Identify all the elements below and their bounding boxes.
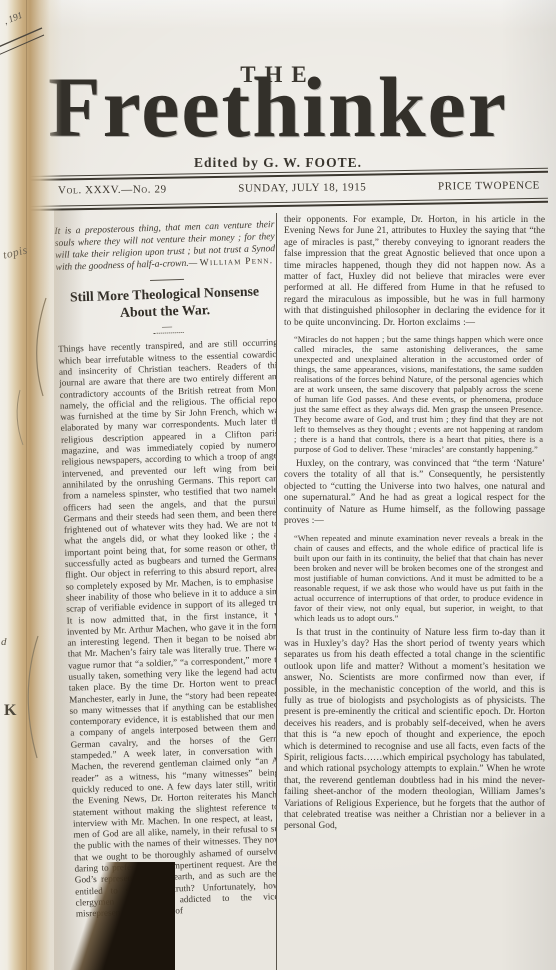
price-label: PRICE TWOPENCE bbox=[438, 179, 540, 192]
epigraph-divider bbox=[150, 279, 184, 281]
dateline: Vol. XXXV.—No. 29 SUNDAY, JULY 18, 1915 … bbox=[58, 179, 540, 196]
right-column: their opponents. For example, Dr. Horton… bbox=[277, 213, 545, 970]
closing-paragraph: Is that trust in the continuity of Natur… bbox=[284, 628, 545, 833]
epigraph-attribution: William Penn. bbox=[199, 255, 273, 268]
headline-ornament-rule bbox=[154, 332, 184, 334]
left-column: It is a preposterous thing, that men can… bbox=[42, 213, 276, 970]
spine-handwritten-note: topis bbox=[2, 244, 29, 261]
epigraph: It is a preposterous thing, that men can… bbox=[54, 219, 275, 274]
dateline-rule-bottom bbox=[12, 198, 548, 211]
scanned-newspaper-page: THE Freethinker Edited by G. W. FOOTE. V… bbox=[0, 0, 556, 970]
article-columns: It is a preposterous thing, that men can… bbox=[42, 213, 545, 970]
huxley-paragraph: Huxley, on the contrary, was convinced t… bbox=[284, 459, 545, 527]
volume-number: Vol. XXXV.—No. 29 bbox=[58, 183, 167, 196]
edge-letter-fragment-bottom: K bbox=[4, 702, 16, 720]
huxley-block-quote: “When repeated and minute examination ne… bbox=[294, 533, 543, 623]
horton-block-quote: “Miracles do not happen ; but the same t… bbox=[294, 334, 543, 454]
issue-date: SUNDAY, JULY 18, 1915 bbox=[238, 181, 366, 194]
edge-letter-fragment-top: d bbox=[1, 636, 7, 648]
article-headline: Still More Theological Nonsense About th… bbox=[60, 284, 269, 324]
paragraph-continuation: their opponents. For example, Dr. Horton… bbox=[284, 215, 545, 329]
masthead-title: Freethinker bbox=[0, 64, 556, 150]
adjacent-page-date-fragment: , 191 bbox=[3, 11, 24, 27]
article-body-left: Things have recently transpired, and are… bbox=[58, 337, 276, 920]
